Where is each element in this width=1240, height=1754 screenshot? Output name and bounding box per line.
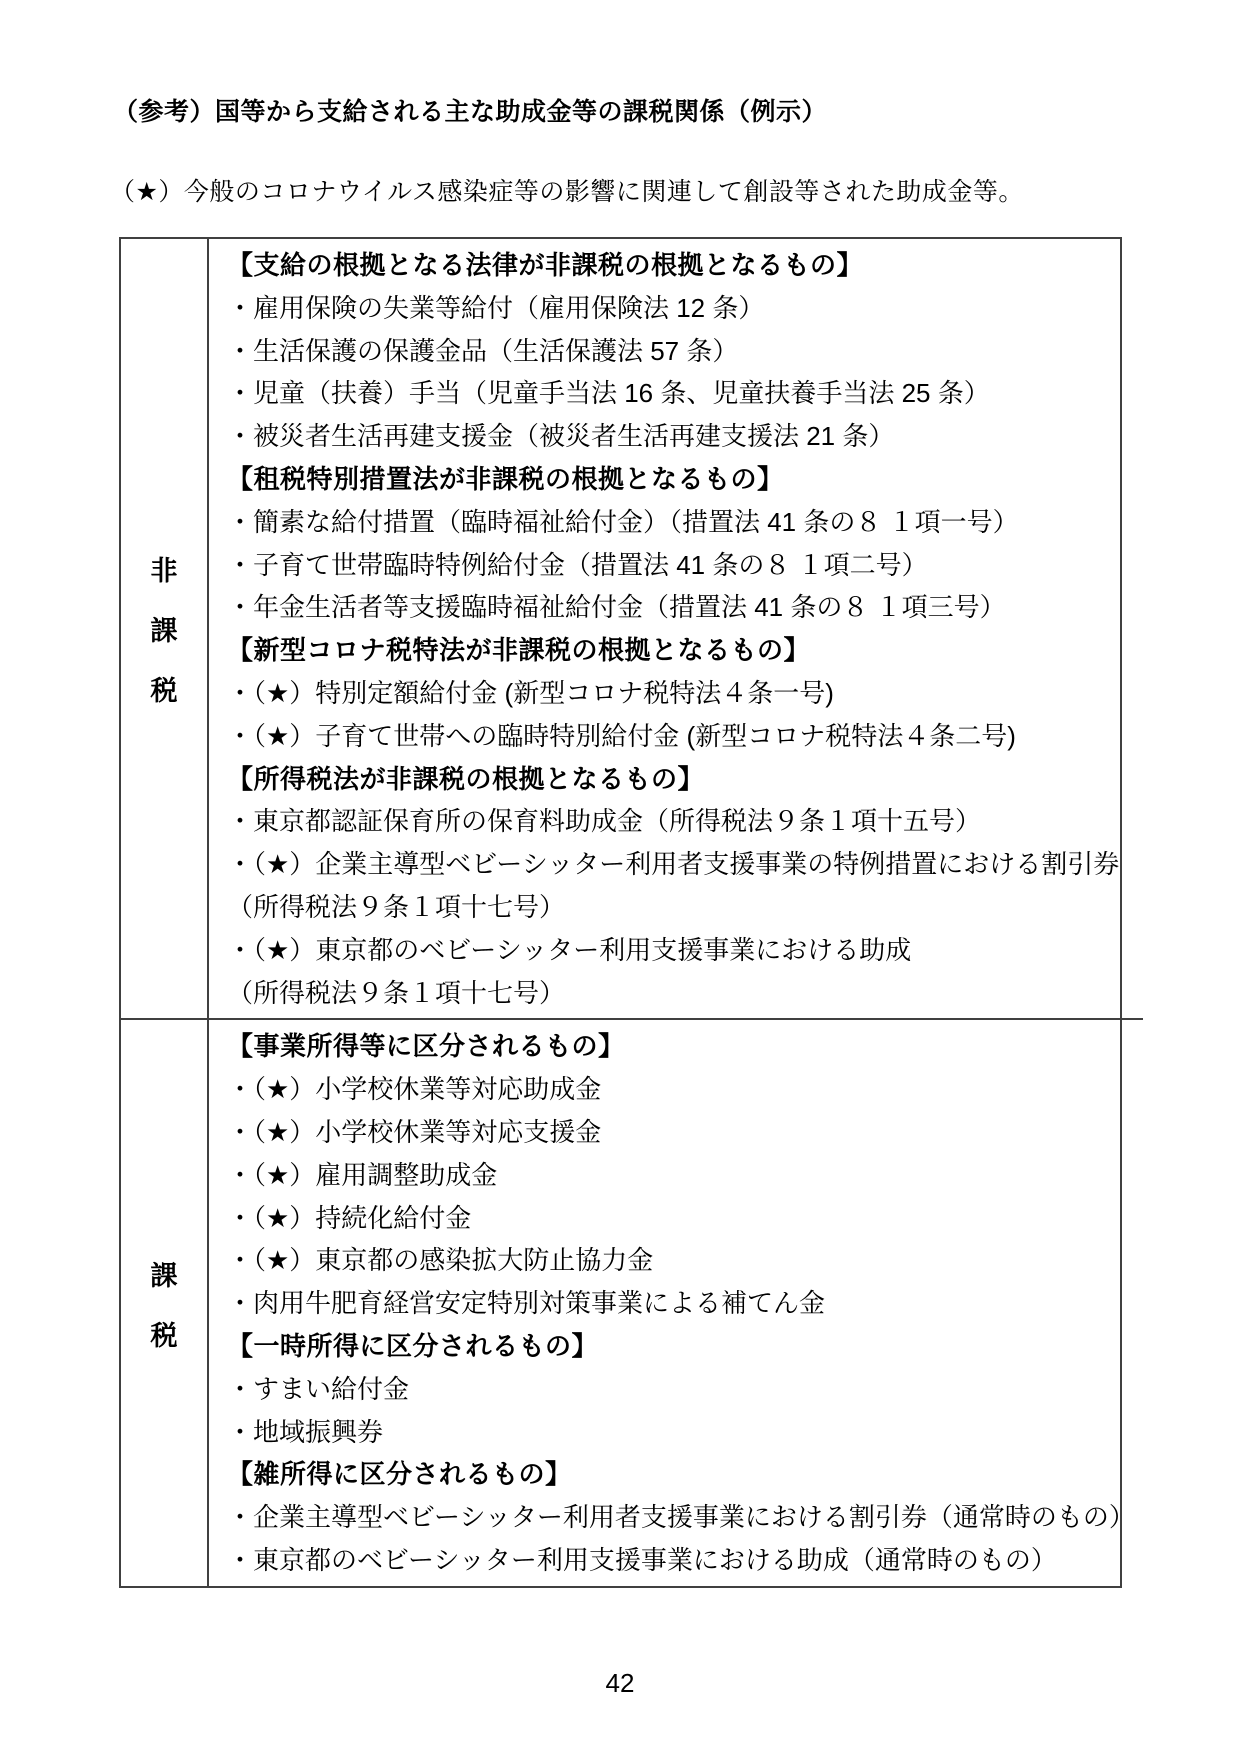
table-line-item: ・企業主導型ベビーシッター利用者支援事業における割引券（通常時のもの） — [227, 1496, 1135, 1539]
table-line-item: ・東京都のベビーシッター利用支援事業における助成（通常時のもの） — [227, 1539, 1135, 1582]
table-line-item: ・児童（扶養）手当（児童手当法 16 条、児童扶養手当法 25 条） — [227, 372, 1135, 415]
table-line-section: 【租税特別措置法が非課税の根拠となるもの】 — [227, 458, 1135, 501]
table-line-section: 【一時所得に区分されるもの】 — [227, 1325, 1135, 1368]
table-line-item: ・すまい給付金 — [227, 1368, 1135, 1411]
row-label-char: 税 — [151, 669, 178, 708]
row-label-char: 課 — [151, 609, 178, 648]
row-content-nontaxable: 【支給の根拠となる法律が非課税の根拠となるもの】・雇用保険の失業等給付（雇用保険… — [209, 239, 1143, 1018]
table-line-item: ・年金生活者等支援臨時福祉給付金（措置法 41 条の８ １項三号） — [227, 586, 1135, 629]
table-line-section: 【支給の根拠となる法律が非課税の根拠となるもの】 — [227, 244, 1135, 287]
table-line-item: ・（★）子育て世帯への臨時特別給付金 (新型コロナ税特法４条二号) — [227, 715, 1135, 758]
table-line-item: ・雇用保険の失業等給付（雇用保険法 12 条） — [227, 287, 1135, 330]
table-line-item: ・東京都認証保育所の保育料助成金（所得税法９条１項十五号） — [227, 800, 1135, 843]
table-line-item: ・（★）東京都のベビーシッター利用支援事業における助成 — [227, 929, 1135, 972]
table-line-item: ・（★）小学校休業等対応助成金 — [227, 1068, 1135, 1111]
row-label-taxable: 課税 — [121, 1018, 209, 1585]
row-label-char: 税 — [151, 1314, 178, 1353]
row-label-char: 非 — [151, 549, 178, 588]
row-label-nontaxable: 非課税 — [121, 239, 209, 1018]
table-line-item: ・簡素な給付措置（臨時福祉給付金）（措置法 41 条の８ １項一号） — [227, 501, 1135, 544]
table-line-section: 【所得税法が非課税の根拠となるもの】 — [227, 758, 1135, 801]
row-label-char: 課 — [151, 1254, 178, 1293]
table-line-item: ・（★）持続化給付金 — [227, 1197, 1135, 1240]
table-line-item: ・（★）雇用調整助成金 — [227, 1154, 1135, 1197]
note-line: （★）今般のコロナウイルス感染症等の影響に関連して創設等された助成金等。 — [110, 172, 1024, 208]
table-line-item: ・被災者生活再建支援金（被災者生活再建支援法 21 条） — [227, 415, 1135, 458]
table-line-item: ・地域振興券 — [227, 1411, 1135, 1454]
row-content-taxable: 【事業所得等に区分されるもの】・（★）小学校休業等対応助成金・（★）小学校休業等… — [209, 1018, 1143, 1585]
page-title: （参考）国等から支給される主な助成金等の課税関係（例示） — [113, 92, 827, 128]
table-line-item: ・（★）企業主導型ベビーシッター利用者支援事業の特例措置における割引券 — [227, 843, 1135, 886]
table-line-section: 【事業所得等に区分されるもの】 — [227, 1025, 1135, 1068]
table-line-item: ・（★）東京都の感染拡大防止協力金 — [227, 1239, 1135, 1282]
table-line-item: ・（★）特別定額給付金 (新型コロナ税特法４条一号) — [227, 672, 1135, 715]
table-line-item: ・肉用牛肥育経営安定特別対策事業による補てん金 — [227, 1282, 1135, 1325]
page-number: 42 — [0, 1668, 1240, 1699]
table-line-continuation: （所得税法９条１項十七号） — [227, 886, 1135, 929]
table-line-item: ・生活保護の保護金品（生活保護法 57 条） — [227, 330, 1135, 373]
tax-table: 非課税 【支給の根拠となる法律が非課税の根拠となるもの】・雇用保険の失業等給付（… — [119, 237, 1122, 1588]
table-line-continuation: （所得税法９条１項十七号） — [227, 972, 1135, 1015]
table-line-section: 【新型コロナ税特法が非課税の根拠となるもの】 — [227, 629, 1135, 672]
table-line-item: ・子育て世帯臨時特例給付金（措置法 41 条の８ １項二号） — [227, 544, 1135, 587]
table-line-item: ・（★）小学校休業等対応支援金 — [227, 1111, 1135, 1154]
table-line-section: 【雑所得に区分されるもの】 — [227, 1453, 1135, 1496]
